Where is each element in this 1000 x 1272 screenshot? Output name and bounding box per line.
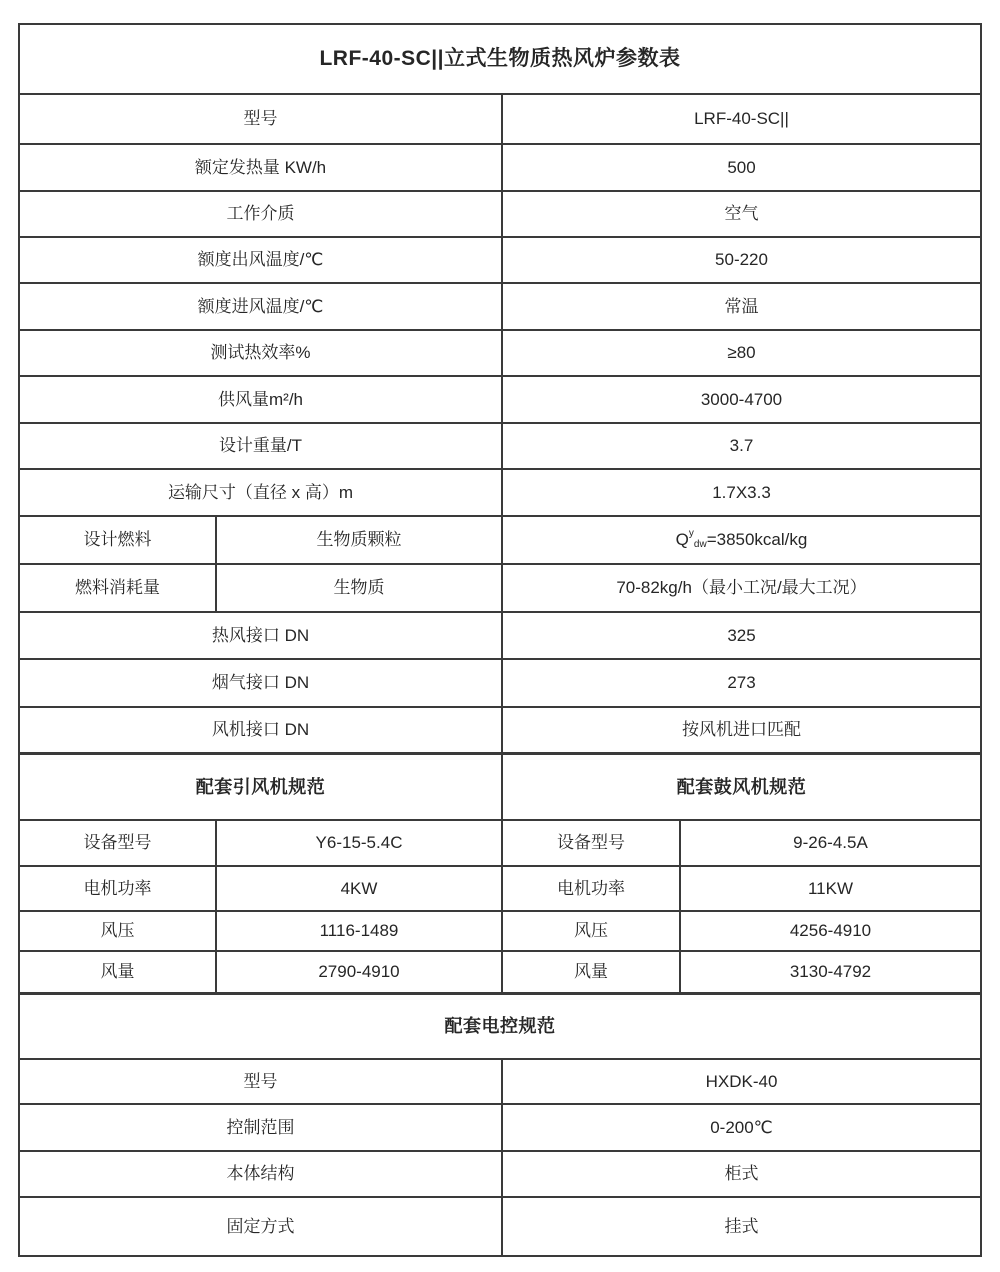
spec-row-fuel-consumption: 燃料消耗量 生物质 70-82kg/h（最小工况/最大工况） — [20, 565, 980, 613]
row-label: 风量 — [503, 952, 681, 992]
row-value: 3.7 — [503, 424, 980, 468]
row-label: 型号 — [20, 1060, 503, 1103]
row-label: 额度出风温度/℃ — [20, 238, 503, 282]
row-value: 11KW — [681, 867, 980, 910]
row-label: 本体结构 — [20, 1152, 503, 1196]
spec-row-flue-gas-port: 烟气接口 DN 273 — [20, 660, 980, 708]
spec-row-fan-port: 风机接口 DN 按风机进口匹配 — [20, 708, 980, 755]
control-row-structure: 本体结构 柜式 — [20, 1152, 980, 1198]
row-label: 供风量m²/h — [20, 377, 503, 422]
q-subscript: dw — [694, 540, 707, 550]
row-label: 设备型号 — [20, 821, 217, 865]
control-row-model: 型号 HXDK-40 — [20, 1060, 980, 1105]
row-label: 设计燃料 — [20, 517, 217, 563]
induced-fan-header: 配套引风机规范 — [20, 755, 503, 819]
spec-row-weight: 设计重量/T 3.7 — [20, 424, 980, 470]
row-value: ≥80 — [503, 331, 980, 375]
control-section-header: 配套电控规范 — [20, 995, 980, 1058]
row-label: 设备型号 — [503, 821, 681, 865]
fan-row-pressure: 风压 1116-1489 风压 4256-4910 — [20, 912, 980, 952]
row-label: 固定方式 — [20, 1198, 503, 1255]
row-label: 设计重量/T — [20, 424, 503, 468]
row-label: 额度进风温度/℃ — [20, 284, 503, 329]
spec-row-model: 型号 LRF-40-SC|| — [20, 95, 980, 145]
spec-row-hot-air-port: 热风接口 DN 325 — [20, 613, 980, 660]
page: LRF-40-SC||立式生物质热风炉参数表 型号 LRF-40-SC|| 额定… — [0, 0, 1000, 1272]
row-value: Qydw=3850kcal/kg — [503, 517, 980, 563]
row-sub-label: 生物质颗粒 — [217, 517, 503, 563]
row-value: LRF-40-SC|| — [503, 95, 980, 143]
row-value: 9-26-4.5A — [681, 821, 980, 865]
row-value: Y6-15-5.4C — [217, 821, 503, 865]
row-value: 挂式 — [503, 1198, 980, 1255]
row-label: 控制范围 — [20, 1105, 503, 1150]
spec-table: LRF-40-SC||立式生物质热风炉参数表 型号 LRF-40-SC|| 额定… — [18, 23, 982, 1257]
row-label: 风压 — [20, 912, 217, 950]
row-value: 3130-4792 — [681, 952, 980, 992]
row-label: 型号 — [20, 95, 503, 143]
fan-row-air-volume: 风量 2790-4910 风量 3130-4792 — [20, 952, 980, 995]
row-value: 4KW — [217, 867, 503, 910]
table-title: LRF-40-SC||立式生物质热风炉参数表 — [20, 25, 980, 93]
row-value: 325 — [503, 613, 980, 658]
control-row-mounting: 固定方式 挂式 — [20, 1198, 980, 1255]
row-value: 2790-4910 — [217, 952, 503, 992]
row-label: 风机接口 DN — [20, 708, 503, 752]
row-label: 额定发热量 KW/h — [20, 145, 503, 190]
row-label: 测试热效率% — [20, 331, 503, 375]
row-value: 按风机进口匹配 — [503, 708, 980, 752]
blower-fan-header: 配套鼓风机规范 — [503, 755, 980, 819]
row-sub-label: 生物质 — [217, 565, 503, 611]
row-label: 风量 — [20, 952, 217, 992]
row-value: 70-82kg/h（最小工况/最大工况） — [503, 565, 980, 611]
spec-row-medium: 工作介质 空气 — [20, 192, 980, 238]
row-label: 烟气接口 DN — [20, 660, 503, 706]
row-value: 3000-4700 — [503, 377, 980, 422]
q-rest: =3850kcal/kg — [707, 529, 808, 550]
row-value: 柜式 — [503, 1152, 980, 1196]
row-value: 50-220 — [503, 238, 980, 282]
row-value: 常温 — [503, 284, 980, 329]
control-section-header-row: 配套电控规范 — [20, 995, 980, 1060]
row-label: 电机功率 — [503, 867, 681, 910]
row-value: 1.7X3.3 — [503, 470, 980, 515]
spec-row-inlet-temp: 额度进风温度/℃ 常温 — [20, 284, 980, 331]
control-row-range: 控制范围 0-200℃ — [20, 1105, 980, 1152]
fan-section-header-row: 配套引风机规范 配套鼓风机规范 — [20, 755, 980, 821]
q-base: Q — [676, 529, 689, 550]
spec-row-design-fuel: 设计燃料 生物质颗粒 Qydw=3850kcal/kg — [20, 517, 980, 565]
row-label: 燃料消耗量 — [20, 565, 217, 611]
row-value: 500 — [503, 145, 980, 190]
row-value: 4256-4910 — [681, 912, 980, 950]
row-label: 热风接口 DN — [20, 613, 503, 658]
row-value: 273 — [503, 660, 980, 706]
row-label: 工作介质 — [20, 192, 503, 236]
row-value: 1116-1489 — [217, 912, 503, 950]
spec-row-efficiency: 测试热效率% ≥80 — [20, 331, 980, 377]
title-row: LRF-40-SC||立式生物质热风炉参数表 — [20, 25, 980, 95]
spec-row-air-supply: 供风量m²/h 3000-4700 — [20, 377, 980, 424]
row-value: 空气 — [503, 192, 980, 236]
fan-row-motor-power: 电机功率 4KW 电机功率 11KW — [20, 867, 980, 912]
spec-row-outlet-temp: 额度出风温度/℃ 50-220 — [20, 238, 980, 284]
spec-row-rated-heat: 额定发热量 KW/h 500 — [20, 145, 980, 192]
row-label: 运输尺寸（直径 x 高）m — [20, 470, 503, 515]
fan-row-model: 设备型号 Y6-15-5.4C 设备型号 9-26-4.5A — [20, 821, 980, 867]
spec-row-transport-size: 运输尺寸（直径 x 高）m 1.7X3.3 — [20, 470, 980, 517]
q-superscript: y — [689, 529, 694, 539]
row-value: HXDK-40 — [503, 1060, 980, 1103]
row-label: 风压 — [503, 912, 681, 950]
row-label: 电机功率 — [20, 867, 217, 910]
row-value: 0-200℃ — [503, 1105, 980, 1150]
